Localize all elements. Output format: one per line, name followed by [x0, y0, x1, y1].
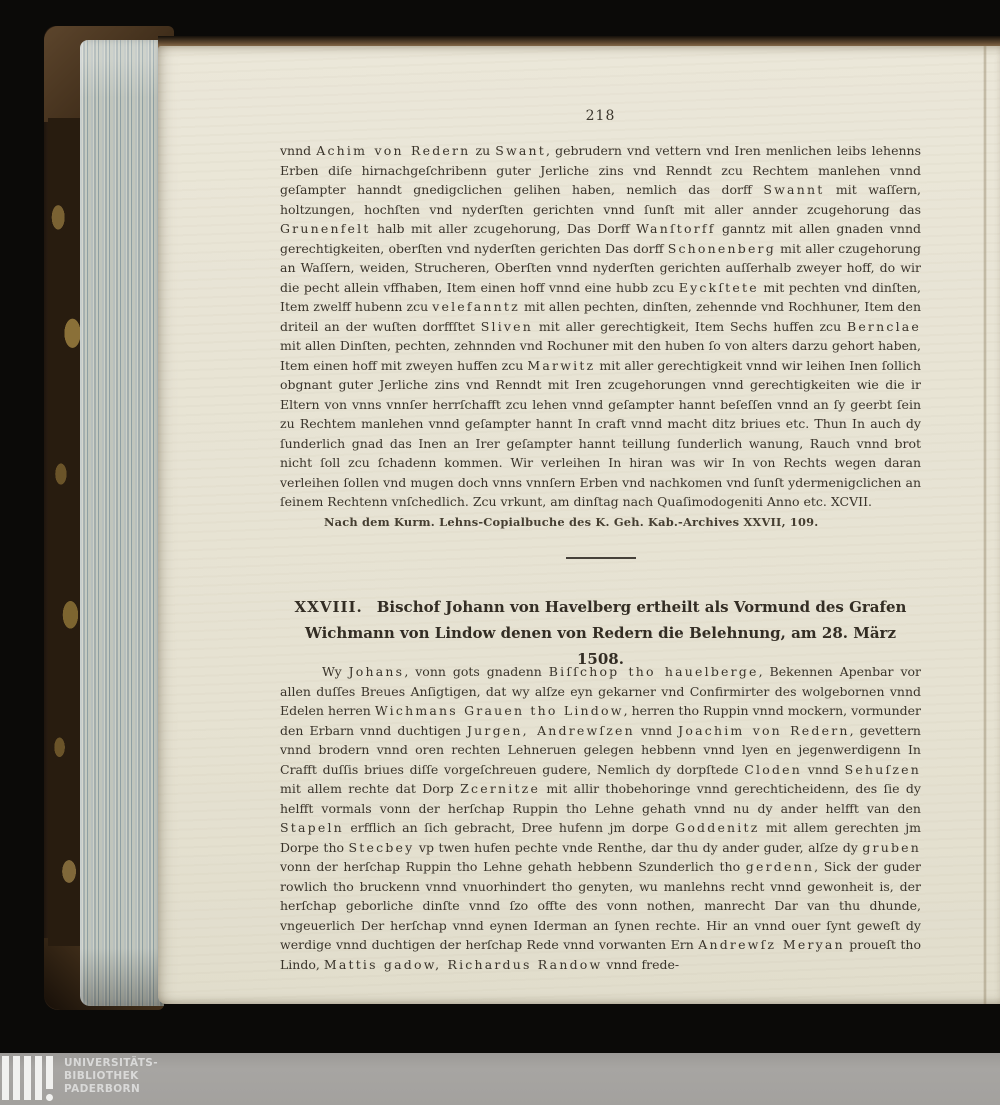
library-footer-band: UNIVERSITÄTS- BIBLIOTHEK PADERBORN: [0, 1053, 1000, 1105]
source-note: Nach dem Kurm. Lehns-Copialbuche des K. …: [324, 515, 818, 529]
paragraph-continuation: vnnd Achim von Redern zu Swant, gebruder…: [280, 141, 921, 512]
page-crease: [983, 46, 987, 1004]
charter-paragraph: Wy Johans, vonn gots gnadenn Biſſchop th…: [280, 662, 921, 974]
page-number: 218: [280, 108, 921, 124]
section-title: Bischof Johann von Havelberg ertheilt al…: [305, 598, 906, 668]
barcode-exclamation-icon: [2, 1056, 53, 1102]
section-divider: [566, 557, 636, 559]
library-name-line: PADERBORN: [64, 1083, 158, 1096]
marbled-cover-paper: [48, 118, 82, 946]
page-block-fore-edge: [80, 40, 164, 1006]
book-page: 218 vnnd Achim von Redern zu Swant, gebr…: [158, 46, 1000, 1004]
library-name-line: BIBLIOTHEK: [64, 1070, 158, 1083]
section-numeral: XXVIII.: [295, 598, 363, 616]
library-name-line: UNIVERSITÄTS-: [64, 1057, 158, 1070]
section-heading: XXVIII.Bischof Johann von Havelberg erth…: [280, 594, 921, 672]
ub-paderborn-logo: UNIVERSITÄTS- BIBLIOTHEK PADERBORN: [2, 1056, 158, 1102]
library-name: UNIVERSITÄTS- BIBLIOTHEK PADERBORN: [64, 1057, 158, 1096]
